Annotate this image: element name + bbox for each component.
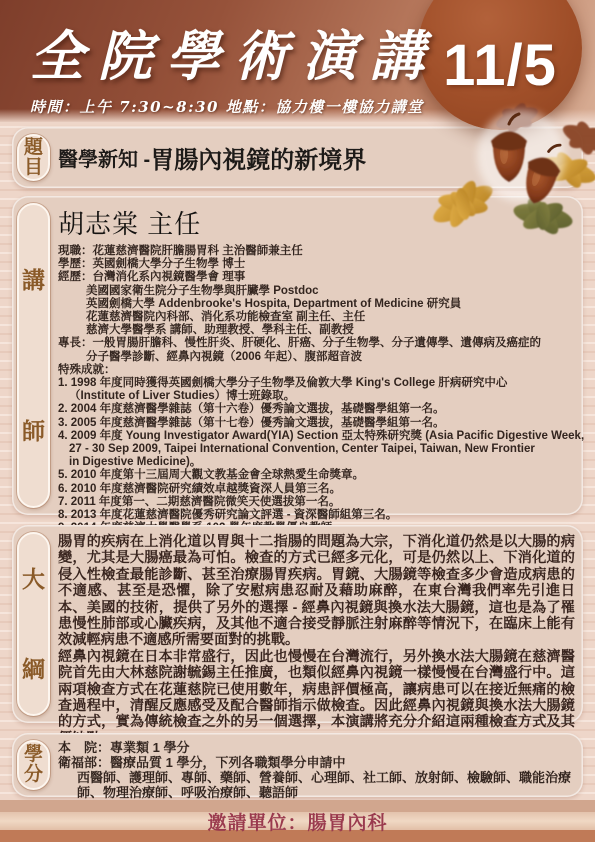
time-location-text: 時間：上午 7:30~8:30 地點：協力樓一樓協力講堂 (30, 96, 424, 117)
speaker-name: 胡志棠 主任 (58, 204, 575, 241)
speaker-detail-line: 7. 2011 年度第一、二期慈濟醫院微笑天使選拔第一名。 (58, 496, 575, 509)
poster-title: 全院學術演講 (30, 14, 438, 91)
outline-label-char: 大 (22, 567, 45, 591)
speaker-detail-line: （Institute of Liver Studies）博士班錄取。 (58, 390, 575, 403)
speaker-detail-line: in Digestive Medicine)。 (58, 456, 575, 469)
outline-label-pill: 大 綱 (17, 532, 50, 716)
lecture-poster: 11/5 全院學術演講 時間：上午 7:30~8:30 地點：協力樓一樓協力講堂 (0, 0, 595, 842)
inviting-unit-text: 邀請單位：腸胃內科 (0, 808, 595, 834)
topic-title: 胃腸內視鏡的新境界 (150, 140, 366, 175)
speaker-detail-line: 經歷：台灣消化系內視鏡醫學會 理事 (58, 271, 575, 284)
speaker-detail-line: 慈濟大學醫學系 講師、助理教授、學科主任、副教授 (58, 324, 575, 337)
speaker-label-char: 師 (22, 419, 45, 443)
poster-header: 11/5 全院學術演講 時間：上午 7:30~8:30 地點：協力樓一樓協力講堂 (0, 0, 595, 122)
topic-label-char: 題 (24, 138, 43, 158)
speaker-detail-line: 專長：一般胃腸肝膽科、慢性肝炎、肝硬化、肝癌、分子生物學、分子遺傳學、遺傳病及癌… (58, 337, 575, 350)
speaker-label-pill: 講 師 (17, 203, 50, 508)
outline-paragraph: 腸胃的疾病在上消化道以胃與十二指腸的問題為大宗，下消化道仍然是以大腸的病變，尤其… (58, 534, 575, 649)
speaker-detail-line: 27 - 30 Sep 2009, Taipei International C… (58, 443, 575, 456)
speaker-detail-line: 美國國家衛生院分子生物學與肝臟學 Postdoc (58, 285, 575, 298)
outline-label-char: 綱 (22, 657, 45, 681)
speaker-detail-line: 分子醫學診斷、經鼻內視鏡（2006 年起）、腹部超音波 (58, 351, 575, 364)
speaker-label-char: 講 (22, 268, 45, 292)
speaker-detail-line: 現職：花蓮慈濟醫院肝膽腸胃科 主治醫師兼主任 (58, 245, 575, 258)
credits-label-char: 分 (24, 765, 43, 785)
credit-line: 西醫師、護理師、專師、藥師、營養師、心理師、社工師、放射師、檢驗師、職能治療師、… (58, 770, 577, 800)
speaker-detail-line: 花蓮慈濟醫院內科部、消化系功能檢查室 副主任、主任 (58, 311, 575, 324)
credit-line: 衛福部：醫療品質 1 學分，下列各職類學分申請中 (58, 755, 575, 770)
date-text: 11/5 (443, 0, 557, 99)
topic-prefix: 醫學新知 - (58, 143, 150, 172)
speaker-detail-line: 6. 2010 年度慈濟醫院研究績效卓越獎資深人員第三名。 (58, 483, 575, 496)
section-topic: 題 目 醫學新知 - 胃腸內視鏡的新境界 (12, 127, 583, 188)
speaker-detail-line: 3. 2005 年度慈濟醫學雜誌（第十七卷）優秀論文選拔，基礎醫學組第一名。 (58, 417, 575, 430)
topic-label-pill: 題 目 (17, 134, 50, 181)
speaker-detail-line: 特殊成就： (58, 364, 575, 377)
speaker-detail-line: 學歷：英國劍橋大學分子生物學 博士 (58, 258, 575, 271)
credits-label-char: 學 (24, 745, 43, 765)
section-outline: 大 綱 腸胃的疾病在上消化道以胃與十二指腸的問題為大宗，下消化道仍然是以大腸的病… (12, 525, 583, 723)
speaker-detail-line: 英國劍橋大學 Addenbrooke's Hospita, Department… (58, 298, 575, 311)
speaker-detail-line: 5. 2010 年度第十三屆周大觀文教基金會全球熱愛生命獎章。 (58, 469, 575, 482)
credits-label-pill: 學 分 (17, 740, 50, 790)
date-badge: 11/5 (418, 0, 582, 130)
speaker-detail-line: 1. 1998 年度同時獲得英國劍橋大學分子生物學及倫敦大學 King's Co… (58, 377, 575, 390)
section-speaker: 講 師 胡志棠 主任 現職：花蓮慈濟醫院肝膽腸胃科 主治醫師兼主任 學歷：英國劍… (12, 196, 583, 515)
topic-label-char: 目 (24, 158, 43, 178)
speaker-detail-line: 2. 2004 年度慈濟醫學雜誌（第十六卷）優秀論文選拔，基礎醫學組第一名。 (58, 403, 575, 416)
credit-line: 本 院：專業類 1 學分 (58, 740, 575, 755)
speaker-detail-line: 4. 2009 年度 Young Investigator Award(YIA)… (58, 430, 575, 443)
speaker-detail-line: 8. 2013 年度花蓮慈濟醫院優秀研究論文評選 - 資深醫師組第三名。 (58, 509, 575, 522)
footer-banner: 邀請單位：腸胃內科 (0, 800, 595, 842)
section-credits: 學 分 本 院：專業類 1 學分 衛福部：醫療品質 1 學分，下列各職類學分申請… (12, 733, 583, 797)
